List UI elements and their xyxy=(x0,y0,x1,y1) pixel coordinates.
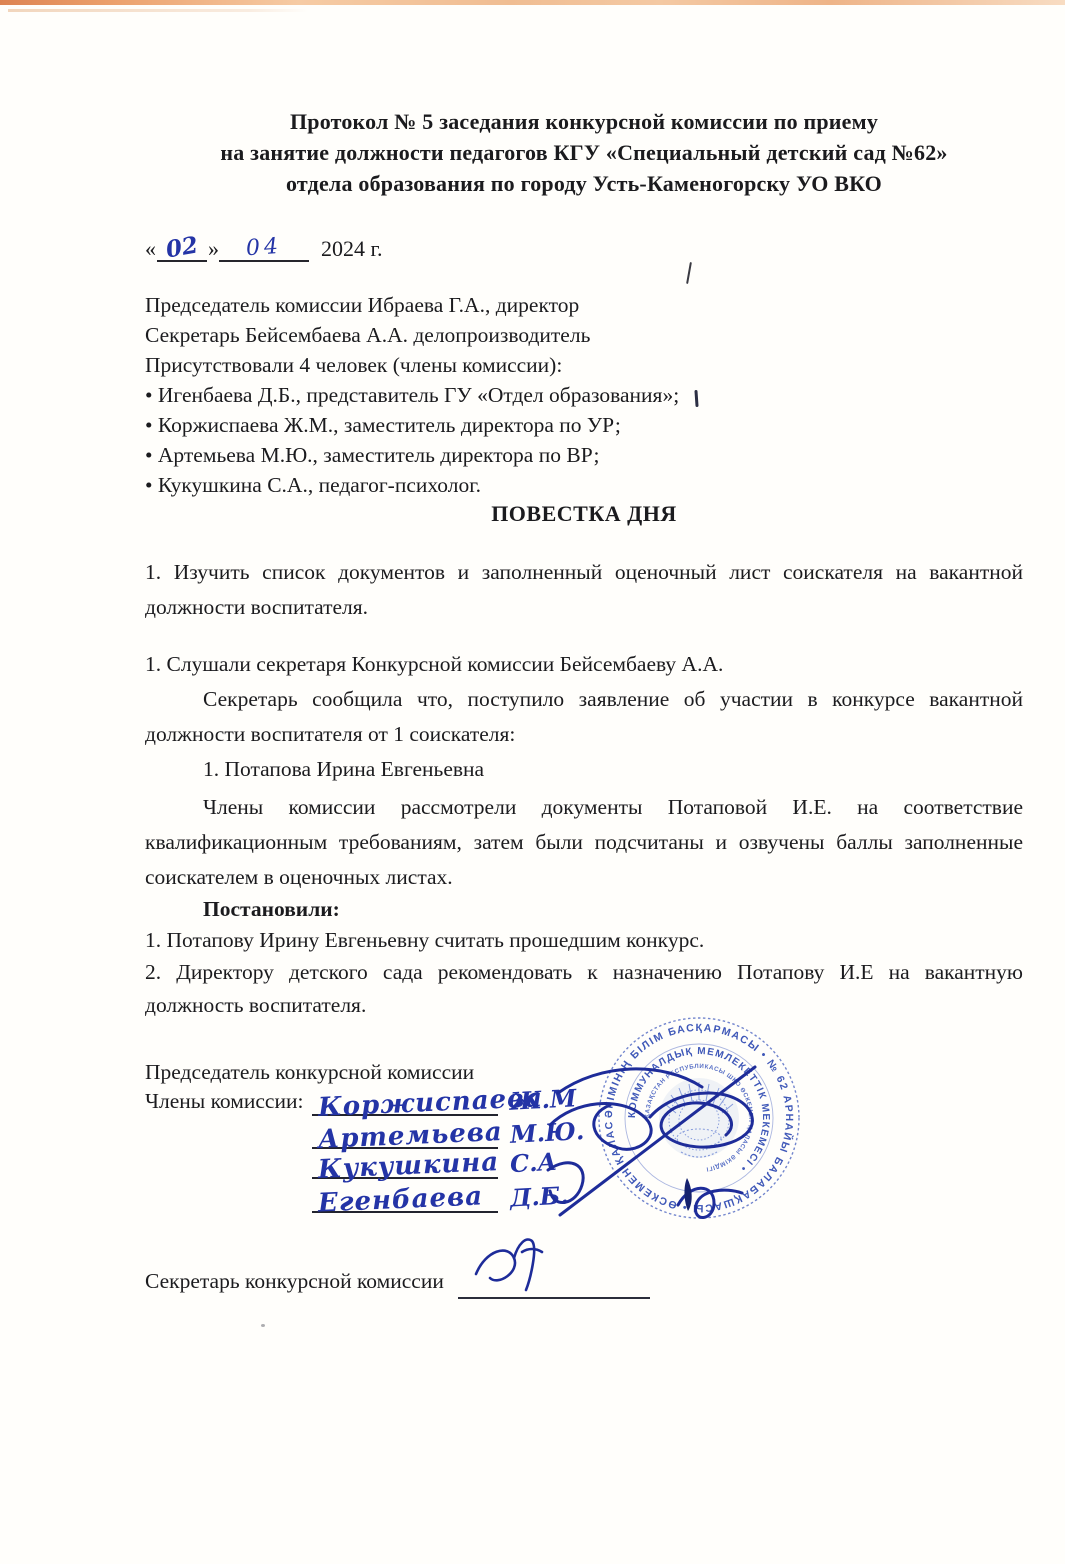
chairman-line: Председатель комиссии Ибраева Г.А., дире… xyxy=(145,290,1023,320)
member-item: • Кукушкина С.А., педагог-психолог. xyxy=(145,470,1023,500)
review-paragraph: Члены комиссии рассмотрели документы Пот… xyxy=(145,790,1023,895)
scan-edge-strip xyxy=(0,0,1065,5)
members-signature-label: Члены комиссии: xyxy=(145,1089,303,1114)
title-line-1: Протокол № 5 заседания конкурсной комисс… xyxy=(145,106,1023,137)
date-day-slot: 02 xyxy=(157,234,207,262)
secretary-signature-label: Секретарь конкурсной комиссии xyxy=(145,1269,444,1294)
scanned-protocol-page: Протокол № 5 заседания конкурсной комисс… xyxy=(0,0,1065,1564)
chairman-signature-label: Председатель конкурсной комиссии xyxy=(145,1060,474,1085)
pen-mark xyxy=(261,1324,265,1327)
hearing-paragraph: Секретарь сообщила что, поступило заявле… xyxy=(145,682,1023,752)
candidate-line: 1. Потапова Ирина Евгеньевна xyxy=(145,752,1023,787)
date-close-quote: » xyxy=(208,236,219,261)
chairman-signature-flourish xyxy=(530,1005,830,1255)
date-open-quote: « xyxy=(145,236,156,261)
date-year: 2024 г. xyxy=(321,236,383,261)
member-item: • Коржиспаева Ж.М., заместитель директор… xyxy=(145,410,1023,440)
title-line-3: отдела образования по городу Усть-Камено… xyxy=(145,168,1023,199)
secretary-handwritten-signature xyxy=(466,1232,556,1298)
ink-blob xyxy=(684,1178,691,1211)
member-item: • Игенбаева Д.Б., представитель ГУ «Отде… xyxy=(145,380,1023,410)
secretary-line: Секретарь Бейсембаева А.А. делопроизводи… xyxy=(145,320,1023,350)
date-month-handwritten: 04 xyxy=(245,234,283,261)
commission-intro: Председатель комиссии Ибраева Г.А., дире… xyxy=(145,290,1023,500)
hearing-line: 1. Слушали секретаря Конкурсной комиссии… xyxy=(145,647,1023,682)
title-line-2: на занятие должности педагогов КГУ «Спец… xyxy=(145,137,1023,168)
member-item: • Артемьева М.Ю., заместитель директора … xyxy=(145,440,1023,470)
date-line: «02»042024 г. xyxy=(145,234,383,262)
pen-mark xyxy=(686,262,692,284)
date-day-handwritten: 02 xyxy=(164,231,200,263)
resolution-heading: Постановили: xyxy=(145,892,1023,927)
handwritten-signature: Егенбаева xyxy=(317,1181,483,1218)
document-title: Протокол № 5 заседания конкурсной комисс… xyxy=(145,106,1023,199)
resolution-item-1: 1. Потапову Ирину Евгеньевну считать про… xyxy=(145,923,1023,958)
date-month-slot: 04 xyxy=(219,234,309,262)
attendees-line: Присутствовали 4 человек (члены комиссии… xyxy=(145,350,1023,380)
agenda-item: 1. Изучить список документов и заполненн… xyxy=(145,555,1023,625)
agenda-heading: ПОВЕСТКА ДНЯ xyxy=(145,501,1023,527)
scan-edge-strip-secondary xyxy=(8,9,308,12)
